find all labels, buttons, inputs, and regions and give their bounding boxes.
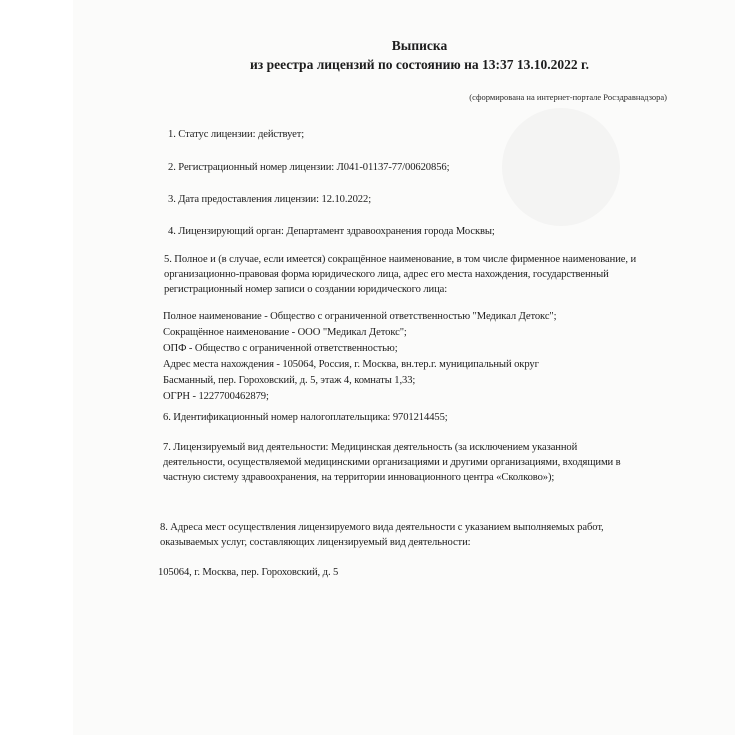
- source-note: (сформирована на интернет-портале Росздр…: [469, 92, 667, 102]
- company-address-line1: Адрес места нахождения - 105064, Россия,…: [163, 357, 633, 373]
- activity-address: 105064, г. Москва, пер. Гороховский, д. …: [158, 567, 338, 578]
- item-legal-entity-info: 5. Полное и (в случае, если имеется) сок…: [164, 252, 644, 297]
- item-licensed-activity: 7. Лицензируемый вид деятельности: Медиц…: [163, 440, 623, 485]
- item-inn: 6. Идентификационный номер налогоплатель…: [163, 412, 448, 423]
- item-registration-number: 2. Регистрационный номер лицензии: Л041-…: [168, 162, 449, 173]
- document-subtitle: из реестра лицензий по состоянию на 13:3…: [52, 57, 735, 73]
- company-opf: ОПФ - Общество с ограниченной ответствен…: [163, 341, 633, 357]
- document-title: Выписка: [52, 38, 735, 54]
- company-address-line2: Басманный, пер. Гороховский, д. 5, этаж …: [163, 373, 633, 389]
- item-licensing-authority: 4. Лицензирующий орган: Департамент здра…: [168, 226, 495, 237]
- company-short-name: Сокращённое наименование - ООО "Медикал …: [163, 325, 633, 341]
- item-activity-addresses: 8. Адреса мест осуществления лицензируем…: [160, 520, 650, 550]
- company-ogrn: ОГРН - 1227700462879;: [163, 389, 633, 405]
- item-license-status: 1. Статус лицензии: действует;: [168, 129, 304, 140]
- company-details: Полное наименование - Общество с огранич…: [163, 309, 633, 405]
- stamp-seal: [502, 108, 620, 226]
- item-issue-date: 3. Дата предоставления лицензии: 12.10.2…: [168, 194, 371, 205]
- company-full-name: Полное наименование - Общество с огранич…: [163, 309, 633, 325]
